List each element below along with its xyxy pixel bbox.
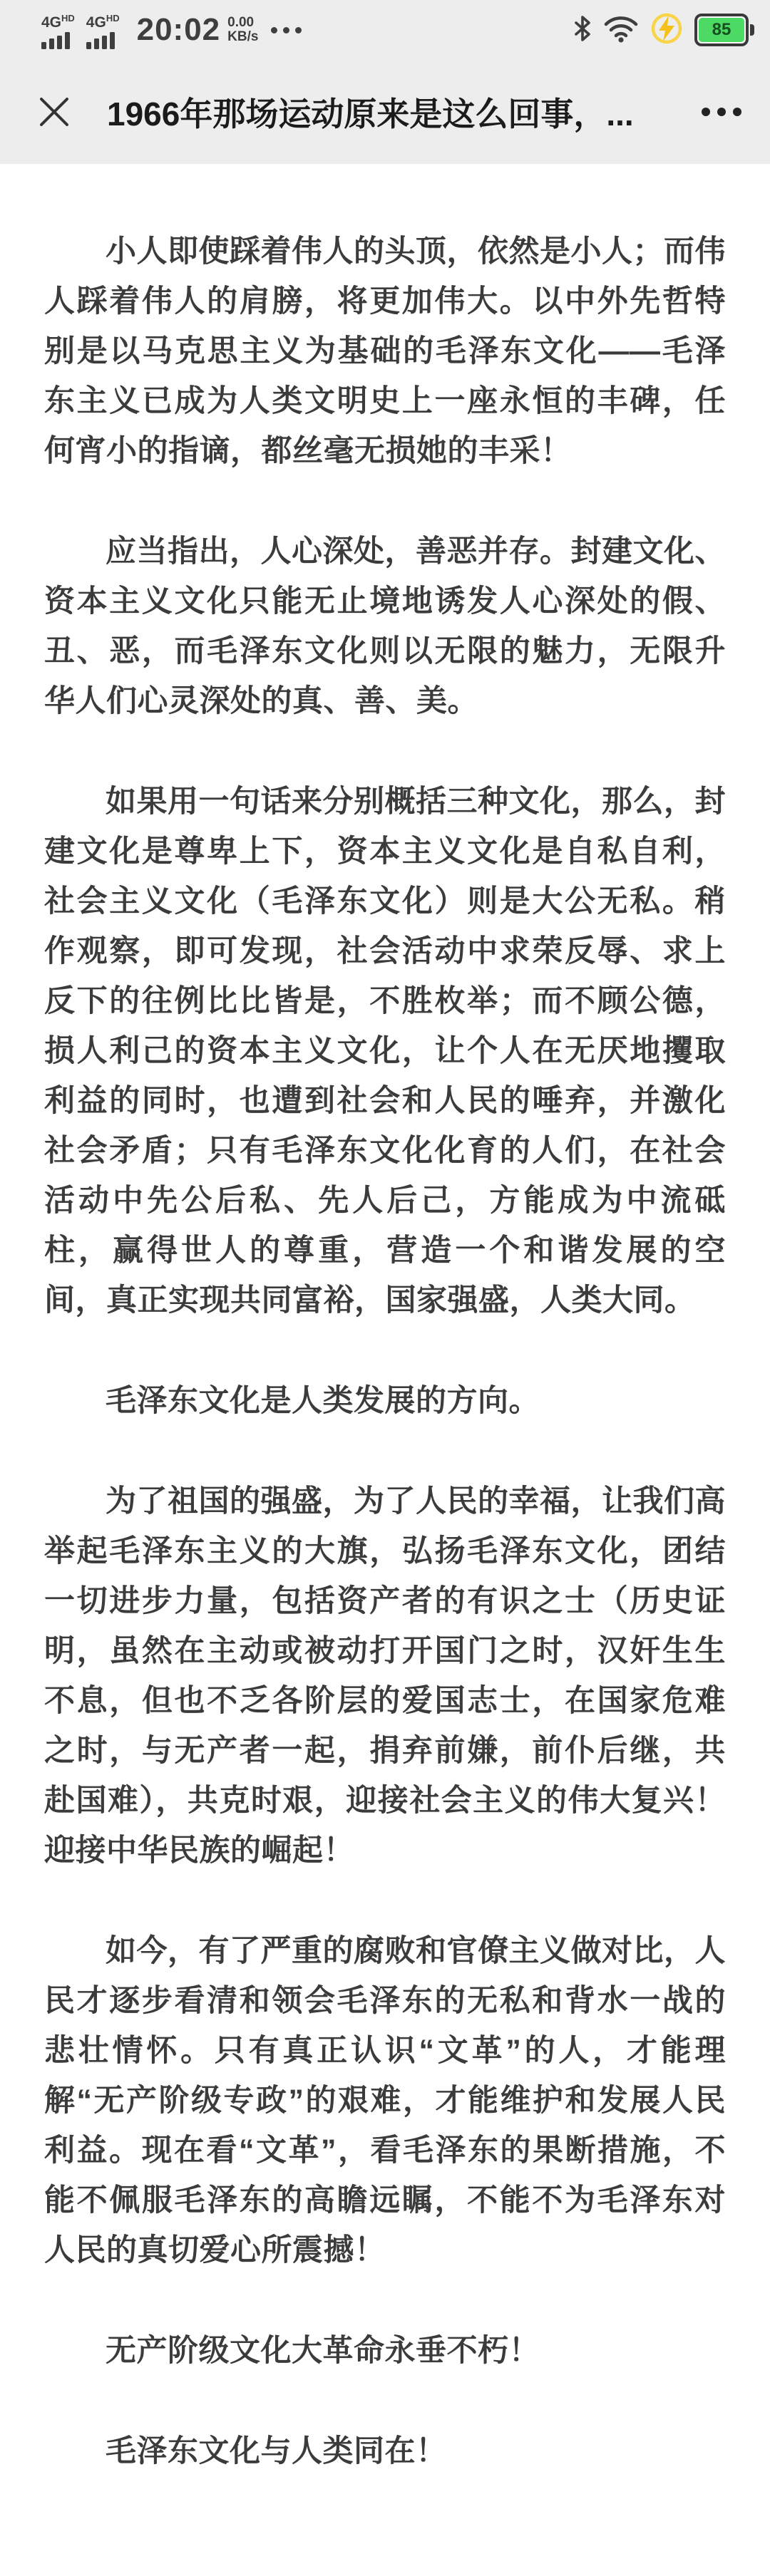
network-speed: 0.00 KB/s <box>227 16 258 44</box>
status-bar-left: 4GHD 4GHD 20:02 0.00 KB/s <box>16 11 307 49</box>
phone-screen: 4GHD 4GHD 20:02 0.00 KB/s <box>0 0 770 2576</box>
article-paragraph: 小人即使踩着伟人的头顶，依然是小人；而伟人踩着伟人的肩膀，将更加伟大。以中外先哲… <box>44 227 726 476</box>
battery-icon: 85 <box>694 14 754 46</box>
sim2-signal: 4GHD <box>86 11 120 49</box>
charging-bolt-icon <box>650 12 683 48</box>
network-speed-unit: KB/s <box>227 30 258 44</box>
article-paragraph: 毛泽东文化是人类发展的方向。 <box>44 1376 726 1426</box>
page-title: 1966年那场运动原来是这么回事，... <box>107 88 684 135</box>
article-paragraph: 毛泽东文化与人类同在！ <box>44 2426 726 2476</box>
close-icon[interactable] <box>36 93 73 130</box>
status-bar: 4GHD 4GHD 20:02 0.00 KB/s <box>0 0 770 60</box>
battery-percent: 85 <box>699 18 744 42</box>
article-paragraph: 如今，有了严重的腐败和官僚主义做对比，人民才逐步看清和领会毛泽东的无私和背水一战… <box>44 1926 726 2275</box>
wifi-icon <box>603 14 639 46</box>
article-paragraph: 应当指出，人心深处，善恶并存。封建文化、资本主义文化只能无止境地诱发人心深处的假… <box>44 527 726 726</box>
status-bar-right: 85 <box>562 12 754 48</box>
more-icon[interactable] <box>699 100 744 123</box>
sim1-signal: 4GHD <box>41 11 75 49</box>
signal-bars-icon <box>86 32 118 49</box>
article-paragraph: 为了祖国的强盛，为了人民的幸福，让我们高举起毛泽东主义的大旗，弘扬毛泽东文化，团… <box>44 1476 726 1876</box>
sim1-network-label: 4GHD <box>41 11 75 30</box>
article-body: 小人即使踩着伟人的头顶，依然是小人；而伟人踩着伟人的肩膀，将更加伟大。以中外先哲… <box>0 164 770 2576</box>
network-speed-value: 0.00 <box>227 16 258 30</box>
status-time: 20:02 <box>137 12 221 48</box>
sim2-network-label: 4GHD <box>86 11 120 30</box>
bluetooth-icon <box>573 15 592 46</box>
signal-bars-icon <box>41 32 73 49</box>
article-header: 1966年那场运动原来是这么回事，... <box>0 60 770 164</box>
article-paragraph: 无产阶级文化大革命永垂不朽！ <box>44 2326 726 2376</box>
article-paragraph: 如果用一句话来分别概括三种文化，那么，封建文化是尊卑上下，资本主义文化是自私自利… <box>44 777 726 1325</box>
overflow-dots-icon <box>271 27 307 33</box>
